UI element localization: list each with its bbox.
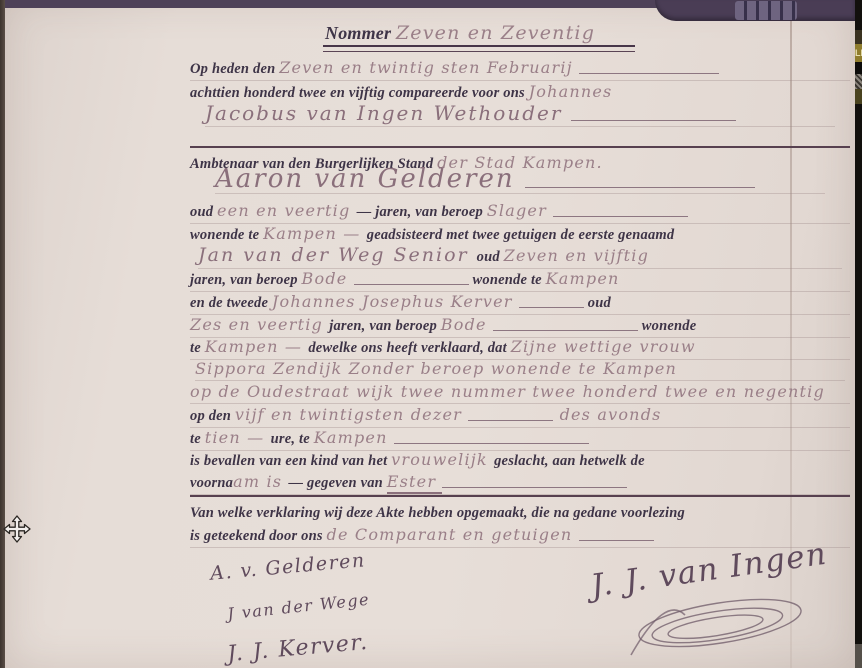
strip-fragment: [855, 30, 862, 44]
handwritten-entry: Kampen —: [205, 337, 309, 356]
handwritten-entry: Kampen: [314, 428, 394, 447]
printed-form-text: te: [190, 340, 205, 356]
printed-form-text: — jaren, van beroep: [357, 204, 487, 220]
text-line: voornaam is — gegeven van Ester: [190, 471, 850, 495]
handwritten-entry: de Comparant en getuigen: [327, 525, 579, 544]
printed-form-text: oud: [584, 295, 611, 311]
printed-form-text: ure, te: [271, 431, 314, 447]
strip-fragment-label: LE: [855, 44, 862, 62]
printed-form-text: Nommer: [325, 23, 396, 43]
blank-fill-line: [442, 474, 627, 488]
blank-fill-line: [579, 60, 719, 74]
signature: J. J. Kerver.: [226, 630, 369, 667]
scanned-record-viewer: Nommer Zeven en ZeventigOp heden den Zev…: [0, 0, 862, 668]
handwritten-entry: Bode: [302, 269, 354, 288]
handwritten-entry: Jan van der Weg Senior: [198, 244, 477, 266]
text-line: is bevallen van een kind van het vrouwel…: [190, 449, 645, 472]
text-line: Jacobus van Ingen Wethouder: [205, 103, 835, 127]
printed-form-text: geslacht, aan hetwelk de: [494, 453, 645, 469]
printed-form-text: dewelke ons heeft verklaard, dat: [308, 340, 510, 356]
printed-form-text: — gegeven van: [289, 475, 387, 491]
text-line: Nommer Zeven en Zeventig: [325, 23, 595, 45]
blank-fill-line: [571, 107, 736, 121]
blank-fill-line: [553, 203, 688, 217]
handwritten-entry: des avonds: [553, 405, 661, 424]
blank-fill-line: [525, 174, 755, 188]
printed-form-text: wonende te: [190, 227, 263, 243]
text-line: oud een en veertig — jaren, van beroep S…: [190, 200, 850, 224]
printed-form-text: oud: [477, 249, 504, 265]
printed-form-text: wonende te: [469, 272, 546, 288]
blank-fill-line: [493, 317, 638, 331]
printed-form-text: te: [190, 431, 205, 447]
handwritten-entry: Zes en veertig: [190, 315, 329, 334]
text-line: Jan van der Weg Senior oud Zeven en vijf…: [198, 245, 842, 269]
text-line: is geteekend door ons de Comparant en ge…: [190, 524, 850, 548]
text-line: en de tweede Johannes Josephus Kerver ou…: [190, 291, 850, 315]
form-divider-rule-bottom: [190, 495, 850, 497]
blank-fill-line: [579, 527, 654, 541]
printed-form-text: voorna: [190, 475, 233, 491]
text-line: op de Oudestraat wijk twee nummer twee h…: [190, 381, 850, 404]
strip-fragment: [855, 62, 862, 74]
handwritten-entry: Zeven en vijftig: [504, 246, 649, 265]
text-line: jaren, van beroep Bode wonende te Kampen: [190, 268, 850, 292]
printed-form-text: is geteekend door ons: [190, 528, 327, 544]
printed-form-text: Van welke verklaring wij deze Akte hebbe…: [190, 505, 685, 521]
handwritten-entry: Sippora Zendijk Zonder beroep wonende te…: [195, 359, 677, 378]
handwritten-entry: Zeven en twintig sten Februarij: [279, 58, 579, 77]
text-line: Van welke verklaring wij deze Akte hebbe…: [190, 502, 685, 524]
text-line: Zes en veertig jaren, van beroep Bode wo…: [190, 314, 850, 338]
pan-move-cursor-icon: [3, 515, 31, 543]
printed-form-text: oud: [190, 204, 217, 220]
handwritten-entry: Johannes: [529, 82, 613, 101]
background-window-strip: LE: [855, 0, 862, 668]
handwritten-entry: vrouwelijk: [391, 450, 494, 469]
strip-fragment: [855, 644, 862, 668]
binding-clip: [735, 1, 797, 20]
text-line: Aaron van Gelderen: [215, 169, 825, 194]
text-line: te tien — ure, te Kampen: [190, 427, 850, 451]
text-line: Sippora Zendijk Zonder beroep wonende te…: [195, 358, 845, 381]
printed-form-text: achttien honderd twee en vijftig compare…: [190, 85, 529, 101]
signature: A. v. Gelderen: [209, 549, 366, 584]
page-left-edge: [0, 0, 5, 668]
blank-fill-line: [468, 407, 553, 421]
text-line: op den vijf en twintigsten dezer des avo…: [190, 404, 850, 428]
text-line: wonende te Kampen — geadsisteerd met twe…: [190, 223, 674, 246]
signature: J van der Wege: [226, 590, 370, 624]
handwritten-entry: Slager: [487, 201, 553, 220]
printed-form-text: jaren, van beroep: [190, 272, 302, 288]
header-double-underline: [323, 45, 635, 52]
text-line: te Kampen — dewelke ons heeft verklaard,…: [190, 336, 850, 360]
signature-flourish: [625, 585, 815, 660]
text-line: Op heden den Zeven en twintig sten Febru…: [190, 57, 850, 81]
handwritten-entry: Johannes Josephus Kerver: [272, 292, 519, 311]
handwritten-entry: op de Oudestraat wijk twee nummer twee h…: [190, 382, 825, 401]
printed-form-text: jaren, van beroep: [329, 318, 441, 334]
blank-fill-line: [519, 294, 584, 308]
handwritten-entry: Jacobus van Ingen Wethouder: [205, 101, 571, 125]
document-page: Nommer Zeven en ZeventigOp heden den Zev…: [5, 0, 855, 668]
printed-form-text: geadsisteerd met twee getuigen de eerste…: [367, 227, 675, 243]
handwritten-entry: Bode: [441, 315, 493, 334]
handwritten-entry: Zijne wettige vrouw: [511, 337, 696, 356]
form-divider-rule-top: [190, 146, 850, 148]
handwritten-entry: vijf en twintigsten dezer: [235, 405, 468, 424]
blank-fill-line: [354, 271, 469, 285]
strip-fragment: [855, 89, 862, 104]
handwritten-entry: Kampen —: [263, 224, 367, 243]
printed-form-text: en de tweede: [190, 295, 272, 311]
handwritten-entry: Zeven en Zeventig: [396, 22, 595, 44]
handwritten-entry: een en veertig: [217, 201, 357, 220]
printed-form-text: wonende: [638, 318, 696, 334]
handwritten-entry: Aaron van Gelderen: [215, 164, 525, 194]
handwritten-entry: Kampen: [546, 269, 620, 288]
handwritten-entry: Ester: [387, 472, 443, 494]
printed-form-text: op den: [190, 408, 235, 424]
blank-fill-line: [394, 430, 589, 444]
strip-fragment: [855, 74, 862, 89]
printed-form-text: Op heden den: [190, 61, 279, 77]
handwritten-entry: am is: [233, 472, 288, 491]
printed-form-text: is bevallen van een kind van het: [190, 453, 391, 469]
handwritten-entry: tien —: [205, 428, 271, 447]
